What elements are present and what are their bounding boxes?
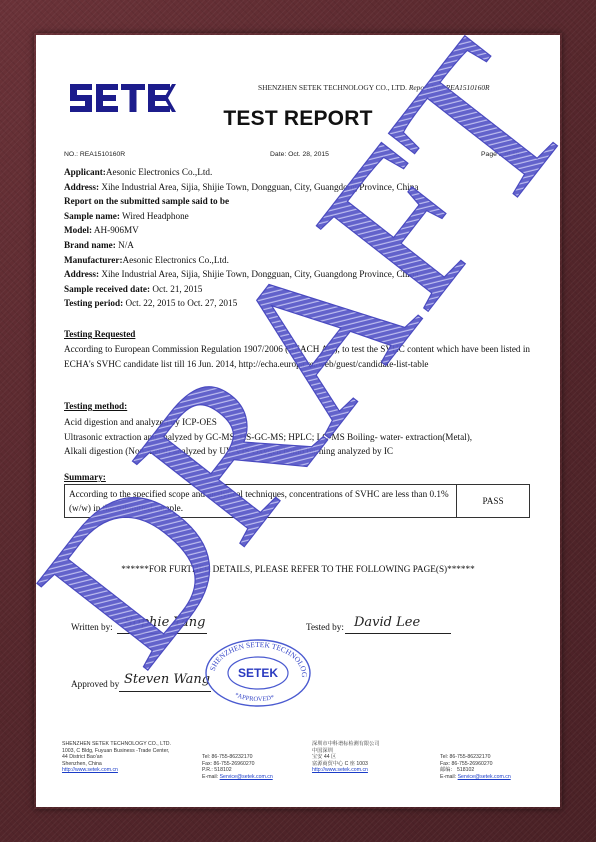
summary-table: According to the specified scope and ana… bbox=[64, 484, 530, 518]
report-date: Date: Oct. 28, 2015 bbox=[270, 151, 329, 158]
report-page: SHENZHEN SETEK TECHNOLOGY CO., LTD. Repo… bbox=[36, 35, 560, 807]
table-row: According to the specified scope and ana… bbox=[65, 485, 530, 518]
written-by-label: Written by: bbox=[71, 622, 113, 632]
report-no-label: Report No.: bbox=[409, 83, 444, 92]
approved-by-signature: Steven Wang bbox=[124, 672, 210, 687]
written-by-signature: Sophie Yang bbox=[124, 615, 205, 630]
address-row: Address: Xihe Industrial Area, Sijia, Sh… bbox=[64, 180, 418, 195]
footer-cn-website-link[interactable]: http://www.setek.com.cn bbox=[312, 767, 368, 773]
method-line: Ultrasonic extraction and analyzed by GC… bbox=[64, 430, 530, 445]
testing-requested-text: According to European Commission Regulat… bbox=[64, 342, 530, 371]
sample-info: Applicant:Aesonic Electronics Co.,Ltd. A… bbox=[64, 165, 418, 311]
report-no: REA1510160R bbox=[446, 83, 490, 92]
testing-requested-heading: Testing Requested bbox=[64, 329, 135, 339]
tested-by-line bbox=[345, 633, 451, 634]
stamp-bottom-text: *APPROVED* bbox=[234, 692, 275, 703]
header-company-line: SHENZHEN SETEK TECHNOLOGY CO., LTD. Repo… bbox=[258, 83, 490, 92]
page-title: TEST REPORT bbox=[36, 107, 560, 131]
applicant-row: Applicant:Aesonic Electronics Co.,Ltd. bbox=[64, 165, 418, 180]
brand-row: Brand name: N/A bbox=[64, 238, 418, 253]
approval-stamp: SHENZHEN SETEK TECHNOLOGY CO.,LTD. *APPR… bbox=[204, 638, 312, 708]
manufacturer-address-row: Address: Xihe Industrial Area, Sijia, Sh… bbox=[64, 267, 418, 282]
model-row: Model: AH-906MV bbox=[64, 223, 418, 238]
footer-en-address: SHENZHEN SETEK TECHNOLOGY CO., LTD. 1003… bbox=[62, 741, 171, 774]
tested-by-label: Tested by: bbox=[306, 622, 344, 632]
sample-name-row: Sample name: Wired Headphone bbox=[64, 209, 418, 224]
report-on-row: Report on the submitted sample said to b… bbox=[64, 194, 418, 209]
method-line: Alkali digestion (Non-metal) analyzed by… bbox=[64, 444, 530, 459]
footer-website-link[interactable]: http://www.setek.com.cn bbox=[62, 767, 118, 773]
summary-result: PASS bbox=[457, 485, 530, 518]
further-details-note: ******FOR FURTHER DETAILS, PLEASE REFER … bbox=[36, 564, 560, 574]
footer-cn-email-link[interactable]: Service@setek.com.cn bbox=[458, 774, 511, 780]
report-number: NO.: REA1510160R bbox=[64, 151, 125, 158]
footer-cn-contact: Tel: 86-755-86232170 Fax: 86-755-2696027… bbox=[440, 754, 511, 780]
page-indicator: Page 1 of 18 bbox=[481, 151, 520, 158]
footer-email-link[interactable]: Service@setek.com.cn bbox=[220, 774, 273, 780]
approved-by-label: Approved by bbox=[71, 679, 119, 689]
footer-en-contact: Tel: 86-755-86232170 Fax: 86-755-2696027… bbox=[202, 754, 273, 780]
footer-cn-address: 深圳市中科谱标检测有限公司 中国深圳 宝安 44 区 富源商贸中心 C 座 10… bbox=[312, 741, 379, 774]
written-by-line bbox=[117, 633, 207, 634]
summary-heading: Summary: bbox=[64, 472, 106, 482]
summary-text: According to the specified scope and ana… bbox=[65, 485, 457, 518]
svg-text:*APPROVED*: *APPROVED* bbox=[234, 692, 275, 703]
approved-by-line bbox=[119, 691, 211, 692]
testing-method-list: Acid digestion and analyzed by ICP-OES U… bbox=[64, 415, 530, 459]
testing-method-heading: Testing method: bbox=[64, 401, 127, 411]
tested-by-signature: David Lee bbox=[354, 615, 420, 630]
received-date-row: Sample received date: Oct. 21, 2015 bbox=[64, 282, 418, 297]
testing-period-row: Testing period: Oct. 22, 2015 to Oct. 27… bbox=[64, 296, 418, 311]
stamp-center-text: SETEK bbox=[238, 666, 278, 680]
manufacturer-row: Manufacturer:Aesonic Electronics Co.,Ltd… bbox=[64, 253, 418, 268]
method-line: Acid digestion and analyzed by ICP-OES bbox=[64, 415, 530, 430]
